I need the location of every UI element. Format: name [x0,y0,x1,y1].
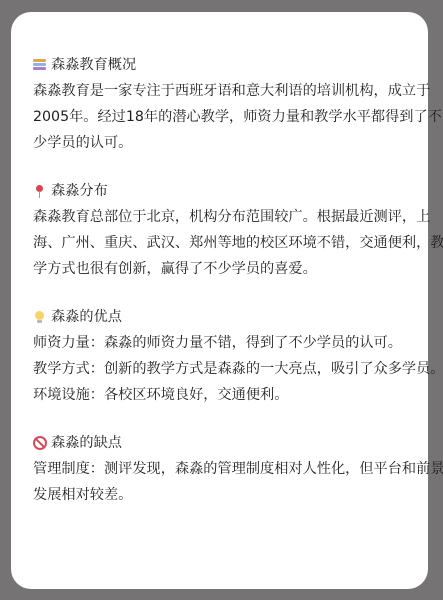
text-line: 森淼教育总部位于北京，机构分布范围较广。根据最近测评，上 [33,204,433,230]
section-title: 森淼的缺点 [51,430,122,456]
section-distribution: 森淼分布 森淼教育总部位于北京，机构分布范围较广。根据最近测评，上 海、广州、重… [33,178,433,282]
content-card: 森淼教育概况 森淼教育是一家专注于西班牙语和意大利语的培训机构，成立于 2005… [11,12,428,589]
section-cons: 森淼的缺点 管理制度：测评发现，森淼的管理制度相对人性化，但平台和前景 发展相对… [33,430,433,508]
text-line: 师资力量：森淼的师资力量不错，得到了不少学员的认可。 [33,330,433,356]
section-text: 管理制度：测评发现，森淼的管理制度相对人性化，但平台和前景 发展相对较差。 [33,456,433,508]
text-line: 海、广州、重庆、武汉、郑州等地的校区环境不错，交通便利，教 [33,230,433,256]
books-icon [33,58,46,72]
text-line: 2005年。经过18年的潜心教学，师资力量和教学水平都得到了不 [33,104,433,130]
text-line: 森淼教育是一家专注于西班牙语和意大利语的培训机构，成立于 [33,78,433,104]
section-title: 森淼教育概况 [51,52,136,78]
text-line: 管理制度：测评发现，森淼的管理制度相对人性化，但平台和前景 [33,456,433,482]
section-title: 森淼的优点 [51,304,122,330]
section-heading: 森淼教育概况 [33,52,433,78]
section-heading: 森淼的缺点 [33,430,433,456]
section-overview: 森淼教育概况 森淼教育是一家专注于西班牙语和意大利语的培训机构，成立于 2005… [33,52,433,156]
lightbulb-icon [33,310,46,324]
section-text: 森淼教育是一家专注于西班牙语和意大利语的培训机构，成立于 2005年。经过18年… [33,78,433,156]
text-line: 环境设施：各校区环境良好，交通便利。 [33,382,433,408]
text-line: 教学方式：创新的教学方式是森淼的一大亮点，吸引了众多学员。 [33,356,433,382]
section-text: 森淼教育总部位于北京，机构分布范围较广。根据最近测评，上 海、广州、重庆、武汉、… [33,204,433,282]
text-line: 发展相对较差。 [33,482,433,508]
text-line: 学方式也很有创新，赢得了不少学员的喜爱。 [33,256,433,282]
section-pros: 森淼的优点 师资力量：森淼的师资力量不错，得到了不少学员的认可。 教学方式：创新… [33,304,433,408]
prohibited-icon [33,436,46,450]
section-heading: 森淼分布 [33,178,433,204]
article-body: 森淼教育概况 森淼教育是一家专注于西班牙语和意大利语的培训机构，成立于 2005… [33,52,433,530]
section-heading: 森淼的优点 [33,304,433,330]
text-line: 少学员的认可。 [33,130,433,156]
section-text: 师资力量：森淼的师资力量不错，得到了不少学员的认可。 教学方式：创新的教学方式是… [33,330,433,408]
section-title: 森淼分布 [51,178,108,204]
pin-icon [33,184,46,198]
